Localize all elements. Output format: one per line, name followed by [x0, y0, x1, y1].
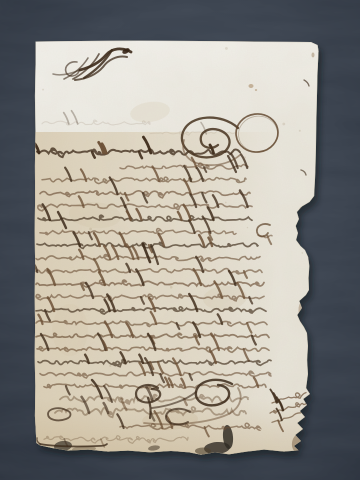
freckle — [109, 365, 111, 367]
freckle — [225, 202, 227, 204]
manuscript-photo-canvas — [0, 0, 360, 480]
freckle — [170, 286, 173, 289]
paper-grain — [28, 34, 326, 460]
paper-sheet — [28, 34, 326, 462]
freckle — [247, 227, 248, 228]
freckle — [42, 89, 44, 91]
freckle — [299, 130, 301, 132]
freckle — [282, 123, 285, 126]
freckle — [225, 47, 228, 50]
freckle — [89, 228, 92, 231]
stain — [249, 84, 254, 88]
manuscript-photo — [0, 0, 360, 480]
stain — [255, 89, 257, 91]
stain — [312, 53, 315, 58]
freckle — [302, 252, 304, 254]
